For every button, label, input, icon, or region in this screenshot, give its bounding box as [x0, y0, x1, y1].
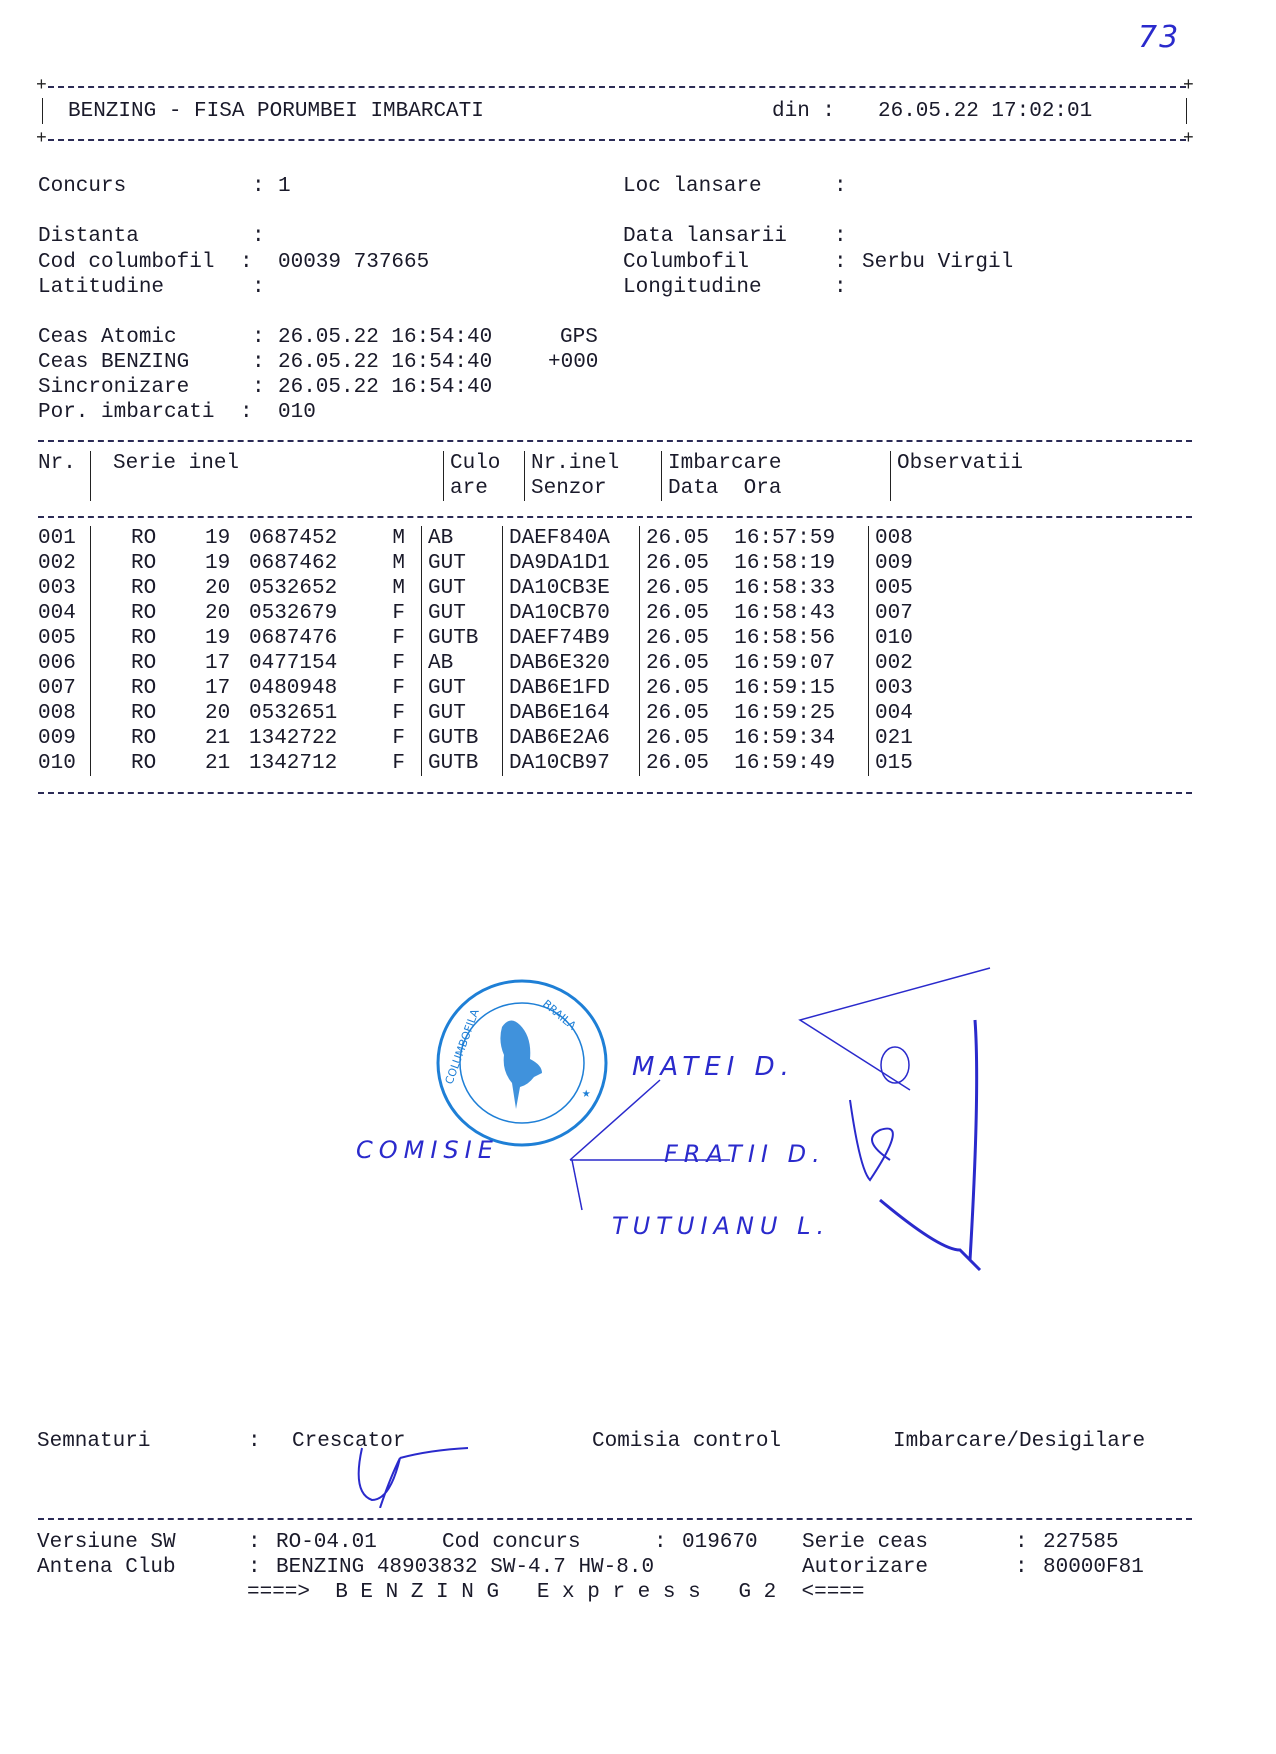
- header-culoare: Culo: [444, 451, 525, 476]
- cell-observatii: 010: [869, 626, 913, 651]
- cell-imbarcare: 26.05 16:58:43: [640, 601, 869, 626]
- ring-year: 19: [205, 551, 237, 576]
- cell-imbarcare: 26.05 16:58:33: [640, 576, 869, 601]
- ring-country: RO: [131, 626, 167, 651]
- colon: :: [654, 1530, 667, 1555]
- ring-country: RO: [131, 576, 167, 601]
- ring-ring: 0532652: [249, 576, 349, 601]
- header-nr: Nr.: [38, 451, 91, 476]
- cell-observatii: 005: [869, 576, 913, 601]
- clock-label: Sincronizare: [38, 375, 189, 400]
- colon: :: [248, 1429, 261, 1454]
- embark-date: 26.05: [646, 702, 709, 725]
- ring-year: 20: [205, 576, 237, 601]
- date-value: 26.05.22 17:02:01: [878, 99, 1092, 124]
- clock-value: 26.05.22 16:54:40: [278, 375, 492, 400]
- ring-sex: F: [349, 601, 405, 626]
- ring-sex: F: [349, 726, 405, 751]
- embark-time: 16:58:19: [734, 552, 835, 575]
- cell-senzor: DAB6E2A6: [503, 726, 640, 751]
- cell-nr: 006: [38, 651, 91, 676]
- ring-ring: 0687462: [249, 551, 349, 576]
- cell-imbarcare: 26.05 16:57:59: [640, 526, 869, 551]
- cell-senzor: DA10CB70: [503, 601, 640, 626]
- embark-date: 26.05: [646, 552, 709, 575]
- comisia-label: Comisia control: [592, 1429, 781, 1454]
- cell-observatii: 021: [869, 726, 913, 751]
- cell-observatii: 009: [869, 551, 913, 576]
- cell-culoare: GUT: [422, 551, 503, 576]
- versiune-value: RO-04.01: [276, 1530, 377, 1555]
- cell-culoare: GUTB: [422, 626, 503, 651]
- table-row: 002RO190687462MGUTDA9DA1D126.05 16:58:19…: [38, 551, 913, 576]
- cell-senzor: DAB6E164: [503, 701, 640, 726]
- ring-country: RO: [131, 726, 167, 751]
- cell-serie: RO211342712F: [91, 751, 422, 776]
- benzing-banner: ====> B E N Z I N G E x p r e s s G 2 <=…: [247, 1580, 865, 1605]
- cell-serie: RO200532652M: [91, 576, 422, 601]
- clock-value: 26.05.22 16:54:40: [278, 325, 492, 350]
- cell-culoare: AB: [422, 651, 503, 676]
- info-label: Concurs: [38, 174, 126, 199]
- cell-observatii: 003: [869, 676, 913, 701]
- cell-imbarcare: 26.05 16:59:34: [640, 726, 869, 751]
- ring-ring: 1342712: [249, 751, 349, 776]
- table-row: 010RO211342712FGUTBDA10CB9726.05 16:59:4…: [38, 751, 913, 776]
- colon: :: [834, 275, 847, 300]
- cell-senzor: DAB6E1FD: [503, 676, 640, 701]
- cod-concurs-label: Cod concurs: [442, 1530, 581, 1555]
- cell-imbarcare: 26.05 16:59:07: [640, 651, 869, 676]
- cell-senzor: DA10CB97: [503, 751, 640, 776]
- ring-ring: 0477154: [249, 651, 349, 676]
- table-row: 003RO200532652MGUTDA10CB3E26.05 16:58:33…: [38, 576, 913, 601]
- cell-senzor: DAB6E320: [503, 651, 640, 676]
- embark-time: 16:59:07: [734, 652, 835, 675]
- ring-ring: 0480948: [249, 676, 349, 701]
- cell-senzor: DA10CB3E: [503, 576, 640, 601]
- semnaturi-label: Semnaturi: [37, 1429, 150, 1454]
- colon: :: [1015, 1555, 1028, 1580]
- embark-time: 16:59:25: [734, 702, 835, 725]
- colon: :: [1015, 1530, 1028, 1555]
- ring-year: 20: [205, 601, 237, 626]
- embark-date: 26.05: [646, 652, 709, 675]
- page-number-handwritten: 73: [1138, 20, 1180, 55]
- antena-value: BENZING 48903832 SW-4.7 HW-8.0: [276, 1555, 654, 1580]
- colon: :: [252, 275, 265, 300]
- cell-culoare: GUTB: [422, 726, 503, 751]
- cell-serie: RO170480948F: [91, 676, 422, 701]
- colon: :: [252, 325, 265, 350]
- info-label: Columbofil: [623, 250, 749, 275]
- cell-senzor: DA9DA1D1: [503, 551, 640, 576]
- clock-value: 26.05.22 16:54:40: [278, 350, 492, 375]
- ring-sex: M: [349, 526, 405, 551]
- embark-date: 26.05: [646, 677, 709, 700]
- clock-extra: +000: [548, 350, 598, 375]
- commission-signatures: [560, 960, 1000, 1300]
- ring-ring: 1342722: [249, 726, 349, 751]
- embark-date: 26.05: [646, 602, 709, 625]
- pigeons-table: 001RO190687452MABDAEF840A26.05 16:57:590…: [38, 526, 913, 776]
- table-rule-header: [38, 516, 1192, 518]
- cell-imbarcare: 26.05 16:59:15: [640, 676, 869, 701]
- info-label: Distanta: [38, 224, 139, 249]
- ring-country: RO: [131, 551, 167, 576]
- table-header: Nr. Serie inel Culo Nr.inel Imbarcare Ob…: [38, 451, 1023, 501]
- table-row: 008RO200532651FGUTDAB6E16426.05 16:59:25…: [38, 701, 913, 726]
- header-imbarcare: Imbarcare: [662, 451, 891, 476]
- ring-country: RO: [131, 651, 167, 676]
- ring-sex: F: [349, 701, 405, 726]
- date-label: din :: [772, 99, 835, 124]
- embark-time: 16:58:43: [734, 602, 835, 625]
- embark-time: 16:58:56: [734, 627, 835, 650]
- table-row: 001RO190687452MABDAEF840A26.05 16:57:590…: [38, 526, 913, 551]
- ring-year: 20: [205, 701, 237, 726]
- cell-nr: 001: [38, 526, 91, 551]
- embark-time: 16:58:33: [734, 577, 835, 600]
- ring-country: RO: [131, 526, 167, 551]
- embark-date: 26.05: [646, 627, 709, 650]
- ring-sex: M: [349, 551, 405, 576]
- colon: :: [252, 375, 265, 400]
- crescator-signature: [350, 1438, 480, 1508]
- header-imbarcare-2: Data Ora: [662, 476, 891, 501]
- cell-serie: RO200532651F: [91, 701, 422, 726]
- cell-observatii: 004: [869, 701, 913, 726]
- ring-sex: F: [349, 626, 405, 651]
- cell-nr: 002: [38, 551, 91, 576]
- cell-serie: RO190687476F: [91, 626, 422, 651]
- table-rule-bottom: [38, 792, 1192, 794]
- header-senzor: Nr.inel: [525, 451, 662, 476]
- embark-date: 26.05: [646, 527, 709, 550]
- cell-observatii: 007: [869, 601, 913, 626]
- info-label: Loc lansare: [623, 174, 762, 199]
- header-observatii: Observatii: [891, 451, 1024, 476]
- svg-text:COLUMBOFILA: COLUMBOFILA: [443, 1007, 482, 1086]
- info-label: Data lansarii: [623, 224, 787, 249]
- cell-serie: RO211342722F: [91, 726, 422, 751]
- ring-country: RO: [131, 676, 167, 701]
- cell-observatii: 015: [869, 751, 913, 776]
- table-row: 005RO190687476FGUTBDAEF74B926.05 16:58:5…: [38, 626, 913, 651]
- autorizare-value: 80000F81: [1043, 1555, 1144, 1580]
- embark-date: 26.05: [646, 577, 709, 600]
- autorizare-label: Autorizare: [802, 1555, 928, 1580]
- cell-imbarcare: 26.05 16:58:19: [640, 551, 869, 576]
- embark-date: 26.05: [646, 752, 709, 775]
- ring-ring: 0687452: [249, 526, 349, 551]
- clock-extra: GPS: [560, 325, 598, 350]
- colon: :: [252, 174, 265, 199]
- ring-country: RO: [131, 601, 167, 626]
- handwritten-comisie: COMISIE: [356, 1136, 499, 1164]
- cell-culoare: GUT: [422, 576, 503, 601]
- cell-serie: RO170477154F: [91, 651, 422, 676]
- colon: :: [248, 1555, 261, 1580]
- colon: :: [834, 174, 847, 199]
- embark-time: 16:59:49: [734, 752, 835, 775]
- ring-year: 19: [205, 626, 237, 651]
- cod-concurs-value: 019670: [682, 1530, 758, 1555]
- colon: :: [834, 224, 847, 249]
- cell-nr: 010: [38, 751, 91, 776]
- cell-serie: RO200532679F: [91, 601, 422, 626]
- info-label: Longitudine: [623, 275, 762, 300]
- cell-serie: RO190687462M: [91, 551, 422, 576]
- header-serie: Serie inel: [91, 451, 444, 476]
- ring-sex: F: [349, 751, 405, 776]
- embark-date: 26.05: [646, 727, 709, 750]
- ring-year: 21: [205, 751, 237, 776]
- embark-time: 16:59:15: [734, 677, 835, 700]
- colon: :: [834, 250, 847, 275]
- table-row: 006RO170477154FABDAB6E32026.05 16:59:070…: [38, 651, 913, 676]
- columbofil-value: Serbu Virgil: [862, 250, 1013, 275]
- ring-ring: 0532679: [249, 601, 349, 626]
- serie-ceas-label: Serie ceas: [802, 1530, 928, 1555]
- serie-ceas-value: 227585: [1043, 1530, 1119, 1555]
- table-row: 007RO170480948FGUTDAB6E1FD26.05 16:59:15…: [38, 676, 913, 701]
- cell-observatii: 002: [869, 651, 913, 676]
- colon: :: [252, 350, 265, 375]
- table-row: 009RO211342722FGUTBDAB6E2A626.05 16:59:3…: [38, 726, 913, 751]
- cell-nr: 003: [38, 576, 91, 601]
- cell-culoare: GUT: [422, 601, 503, 626]
- cell-serie: RO190687452M: [91, 526, 422, 551]
- document-title: BENZING - FISA PORUMBEI IMBARCATI: [68, 99, 484, 124]
- cell-nr: 008: [38, 701, 91, 726]
- info-label: Latitudine: [38, 275, 164, 300]
- footer-rule: [38, 1518, 1192, 1520]
- clock-label: Ceas BENZING: [38, 350, 189, 375]
- concurs-value: 1: [278, 174, 291, 199]
- ring-year: 19: [205, 526, 237, 551]
- por-imbarcati-value: 010: [278, 400, 316, 425]
- imbarcare-label: Imbarcare/Desigilare: [893, 1429, 1145, 1454]
- cell-nr: 004: [38, 601, 91, 626]
- cod-columbofil-value: 00039 737665: [278, 250, 429, 275]
- clock-label: Por. imbarcati: [38, 400, 214, 425]
- ring-sex: F: [349, 651, 405, 676]
- cell-nr: 005: [38, 626, 91, 651]
- ring-country: RO: [131, 701, 167, 726]
- ring-sex: F: [349, 676, 405, 701]
- cell-imbarcare: 26.05 16:59:25: [640, 701, 869, 726]
- cell-imbarcare: 26.05 16:59:49: [640, 751, 869, 776]
- ring-ring: 0532651: [249, 701, 349, 726]
- cell-imbarcare: 26.05 16:58:56: [640, 626, 869, 651]
- ring-year: 17: [205, 651, 237, 676]
- cell-culoare: GUTB: [422, 751, 503, 776]
- ring-year: 21: [205, 726, 237, 751]
- versiune-label: Versiune SW: [37, 1530, 176, 1555]
- header-senzor-2: Senzor: [525, 476, 662, 501]
- ring-ring: 0687476: [249, 626, 349, 651]
- ring-year: 17: [205, 676, 237, 701]
- cell-senzor: DAEF840A: [503, 526, 640, 551]
- cell-nr: 007: [38, 676, 91, 701]
- cell-culoare: AB: [422, 526, 503, 551]
- embark-time: 16:59:34: [734, 727, 835, 750]
- embark-time: 16:57:59: [734, 527, 835, 550]
- colon: :: [240, 250, 253, 275]
- ring-country: RO: [131, 751, 167, 776]
- clock-label: Ceas Atomic: [38, 325, 177, 350]
- colon: :: [252, 224, 265, 249]
- ring-sex: M: [349, 576, 405, 601]
- cell-culoare: GUT: [422, 676, 503, 701]
- header-culoare-2: are: [444, 476, 525, 501]
- cell-senzor: DAEF74B9: [503, 626, 640, 651]
- colon: :: [240, 400, 253, 425]
- colon: :: [248, 1530, 261, 1555]
- info-label: Cod columbofil: [38, 250, 214, 275]
- cell-nr: 009: [38, 726, 91, 751]
- table-rule-top: [38, 440, 1192, 442]
- antena-label: Antena Club: [37, 1555, 176, 1580]
- cell-observatii: 008: [869, 526, 913, 551]
- cell-culoare: GUT: [422, 701, 503, 726]
- table-row: 004RO200532679FGUTDA10CB7026.05 16:58:43…: [38, 601, 913, 626]
